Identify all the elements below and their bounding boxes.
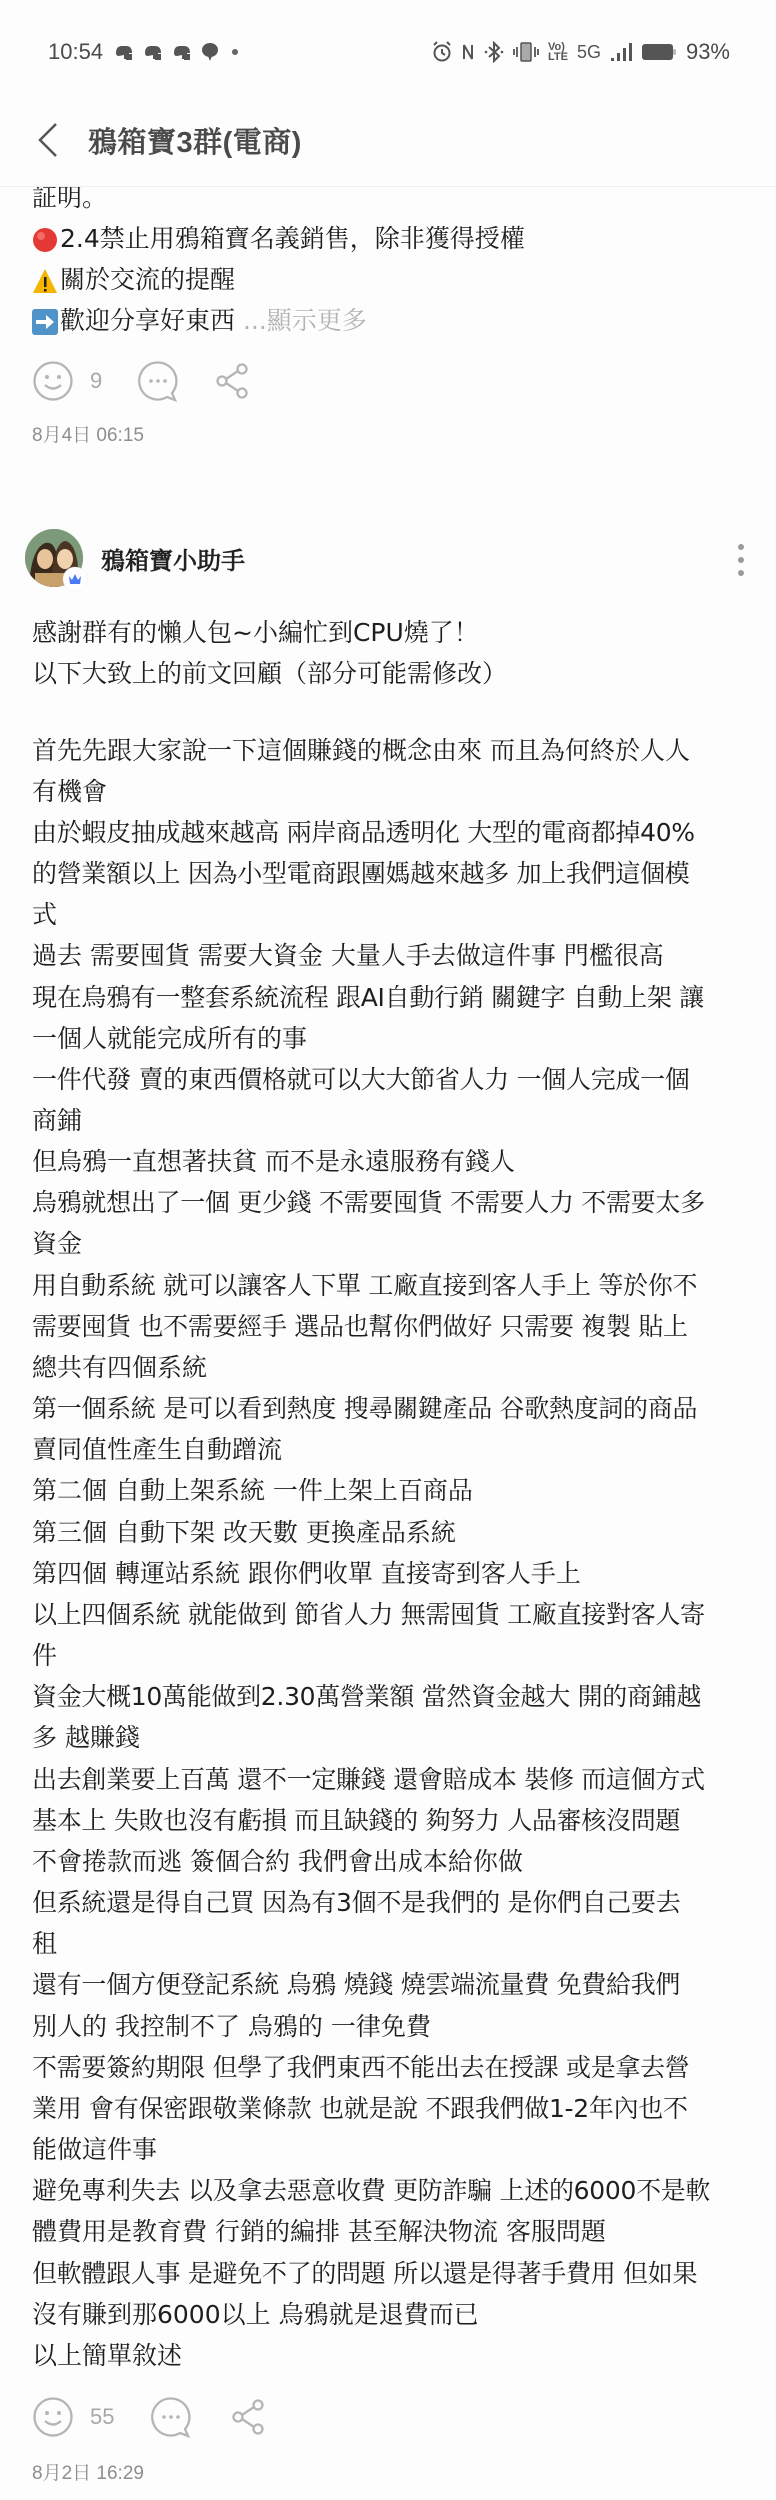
game-controller-notification-icon xyxy=(172,43,192,61)
share-icon[interactable] xyxy=(211,360,253,402)
5g-icon: 5G xyxy=(577,42,601,63)
post-text-line: 第三個 自動下架 改天數 更換產品系統 xyxy=(32,1512,456,1553)
post-text-line: 以上簡單敘述 xyxy=(32,2335,182,2376)
battery-percent: 93% xyxy=(686,39,730,65)
post-text-line: 件 xyxy=(32,1635,57,1676)
post-menu-button[interactable] xyxy=(732,540,750,580)
post-text-line: 需要囤貨 也不需要經手 選品也幫你們做好 只需要 複製 貼上 xyxy=(32,1306,688,1347)
more-vertical-icon-dot xyxy=(738,557,744,563)
alarm-icon xyxy=(432,41,452,63)
post-text-line: 出去創業要上百萬 還不一定賺錢 還會賠成本 裝修 而這個方式 xyxy=(32,1759,705,1800)
post-text-line: 用自動系統 就可以讓客人下單 工廠直接到客人手上 等於你不 xyxy=(32,1265,697,1306)
post-text-line: 第二個 自動上架系統 一件上架上百商品 xyxy=(32,1470,473,1511)
system-icons: Vo) LTE 5G 93% xyxy=(432,39,730,65)
show-more-link[interactable]: ...顯示更多 xyxy=(235,306,367,335)
post-text-line: 資金大概10萬能做到2.30萬營業額 當然資金越大 開的商鋪越 xyxy=(32,1676,701,1717)
post-text-line: 關於交流的提醒 xyxy=(32,259,235,300)
post-text-line: 由於蝦皮抽成越來越高 兩岸商品透明化 大型的電商都掉40% xyxy=(32,812,695,853)
post-text-line: 一件代發 賣的東西價格就可以大大節省人力 一個人完成一個 xyxy=(32,1059,690,1100)
nfc-icon xyxy=(461,41,475,63)
bluetooth-icon xyxy=(484,41,504,63)
post-text-line: 能做這件事 xyxy=(32,2129,157,2170)
post-text-line: 資金 xyxy=(32,1223,82,1264)
post-text-line: 不會捲款而逃 簽個合約 我們會出成本給你做 xyxy=(32,1841,523,1882)
game-controller-notification-icon xyxy=(143,43,163,61)
post-text-line: 2.4禁止用鴉箱寶名義銷售，除非獲得授權 xyxy=(32,218,525,259)
warning-icon xyxy=(32,268,58,294)
post-text-line: 租 xyxy=(32,1923,57,1964)
emoji-reaction-icon[interactable] xyxy=(32,360,74,402)
comment-icon[interactable] xyxy=(150,2396,192,2438)
post-author: 鴉箱寶小助手 xyxy=(25,528,245,588)
post-line-text: 歡迎分享好東西 xyxy=(60,306,235,335)
reaction-bar: 55 xyxy=(32,2396,269,2438)
post-text-line: 以下大致上的前文回顧（部分可能需修改） xyxy=(32,653,507,694)
post-text-line: 避免專利失去 以及拿去惡意收費 更防詐騙 上述的6000不是軟 xyxy=(32,2170,710,2211)
crown-icon xyxy=(68,573,82,585)
post-text-line: 第四個 轉運站系統 跟你們收單 直接寄到客人手上 xyxy=(32,1553,581,1594)
post-text-line: 式 xyxy=(32,894,57,935)
status-time: 10:54 xyxy=(48,39,103,65)
comment-icon[interactable] xyxy=(137,360,179,402)
red-circle-icon xyxy=(32,227,58,253)
more-notifications-dot-icon xyxy=(228,45,242,59)
lte-label: LTE xyxy=(548,52,568,62)
post-text-line: 沒有賺到那6000以上 烏鴉就是退費而已 xyxy=(32,2294,479,2335)
back-button[interactable] xyxy=(30,120,66,160)
post-text-line: 業用 會有保密跟敬業條款 也就是說 不跟我們做1-2年內也不 xyxy=(32,2088,688,2129)
post-text-line: 過去 需要囤貨 需要大資金 大量人手去做這件事 門檻很高 xyxy=(32,935,664,976)
chevron-left-icon xyxy=(30,120,66,160)
post-text-line: 但軟體跟人事 是避免不了的問題 所以還是得著手費用 但如果 xyxy=(32,2253,697,2294)
post-text-line: 的營業額以上 因為小型電商跟團媽越來越多 加上我們這個模 xyxy=(32,853,690,894)
post-text-line: 但系統還是得自己買 因為有3個不是我們的 是你們自己要去 xyxy=(32,1882,680,1923)
post-line-text: 証明。 xyxy=(32,183,107,212)
post-text-line: 現在烏鴉有一整套系統流程 跟AI自動行銷 關鍵字 自動上架 讓 xyxy=(32,977,704,1018)
post-text-line: 烏鴉就想出了一個 更少錢 不需要囤貨 不需要人力 不需要太多 xyxy=(32,1182,705,1223)
reaction-count: 55 xyxy=(90,2404,150,2430)
post-text-line: 不需要簽約期限 但學了我們東西不能出去在授課 或是拿去營 xyxy=(32,2047,690,2088)
chat-bubble-notification-icon xyxy=(201,42,219,62)
post-text-line: 基本上 失敗也沒有虧損 而且缺錢的 夠努力 人品審核沒問題 xyxy=(32,1800,680,1841)
post-text-line: 總共有四個系統 xyxy=(32,1347,207,1388)
status-bar: 10:54 Vo) LTE 5G 93% xyxy=(0,0,776,90)
post-text-line: 首先先跟大家說一下這個賺錢的概念由來 而且為何終於人人 xyxy=(32,730,690,771)
volte-icon: Vo) LTE xyxy=(548,42,568,62)
post-text-line: 以上四個系統 就能做到 節省人力 無需囤貨 工廠直接對客人寄 xyxy=(32,1594,705,1635)
post-text-line: 感謝群有的懶人包~小編忙到CPU燒了！ xyxy=(32,612,479,653)
emoji-reaction-icon[interactable] xyxy=(32,2396,74,2438)
more-vertical-icon-dot xyxy=(738,570,744,576)
post-text-line: 多 越賺錢 xyxy=(32,1717,140,1758)
signal-icon xyxy=(610,41,632,63)
post-text-line: 商鋪 xyxy=(32,1100,82,1141)
game-controller-notification-icon xyxy=(114,43,134,61)
notification-icons xyxy=(114,42,242,62)
post-text-line: 第一個系統 是可以看到熱度 搜尋關鍵產品 谷歌熱度詞的商品 xyxy=(32,1388,697,1429)
share-icon[interactable] xyxy=(227,2396,269,2438)
reaction-bar: 9 xyxy=(32,360,253,402)
page-title: 鴉箱寶3群(電商) xyxy=(88,120,302,161)
post-text-line: 體費用是教育費 行銷的編排 甚至解決物流 客服問題 xyxy=(32,2211,606,2252)
post-timestamp: 8月2日 16:29 xyxy=(32,2458,144,2485)
app-header: 鴉箱寶3群(電商) xyxy=(0,90,776,187)
post-text-line: 賣同值性產生自動蹭流 xyxy=(32,1429,282,1470)
post-text-line: 有機會 xyxy=(32,771,107,812)
avatar[interactable] xyxy=(25,529,83,587)
post-text-line: 一個人就能完成所有的事 xyxy=(32,1018,307,1059)
post-line-text: 關於交流的提醒 xyxy=(60,265,235,294)
post-timestamp: 8月4日 06:15 xyxy=(32,420,144,447)
right-arrow-icon xyxy=(32,309,58,335)
vibrate-icon xyxy=(513,41,539,63)
crown-badge xyxy=(63,567,87,591)
reaction-count: 9 xyxy=(90,368,137,394)
post-text-line: 還有一個方便登記系統 烏鴉 燒錢 燒雲端流量費 免費給我們 xyxy=(32,1964,680,2005)
author-name[interactable]: 鴉箱寶小助手 xyxy=(101,541,245,576)
battery-icon xyxy=(641,42,677,62)
more-vertical-icon-dot xyxy=(738,544,744,550)
post-line-text: 2.4禁止用鴉箱寶名義銷售，除非獲得授權 xyxy=(60,224,525,253)
post-text-line: 歡迎分享好東西 ...顯示更多 xyxy=(32,300,367,341)
post-text-line: 但烏鴉一直想著扶貧 而不是永遠服務有錢人 xyxy=(32,1141,515,1182)
post-text-line: 別人的 我控制不了 烏鴉的 一律免費 xyxy=(32,2006,431,2047)
